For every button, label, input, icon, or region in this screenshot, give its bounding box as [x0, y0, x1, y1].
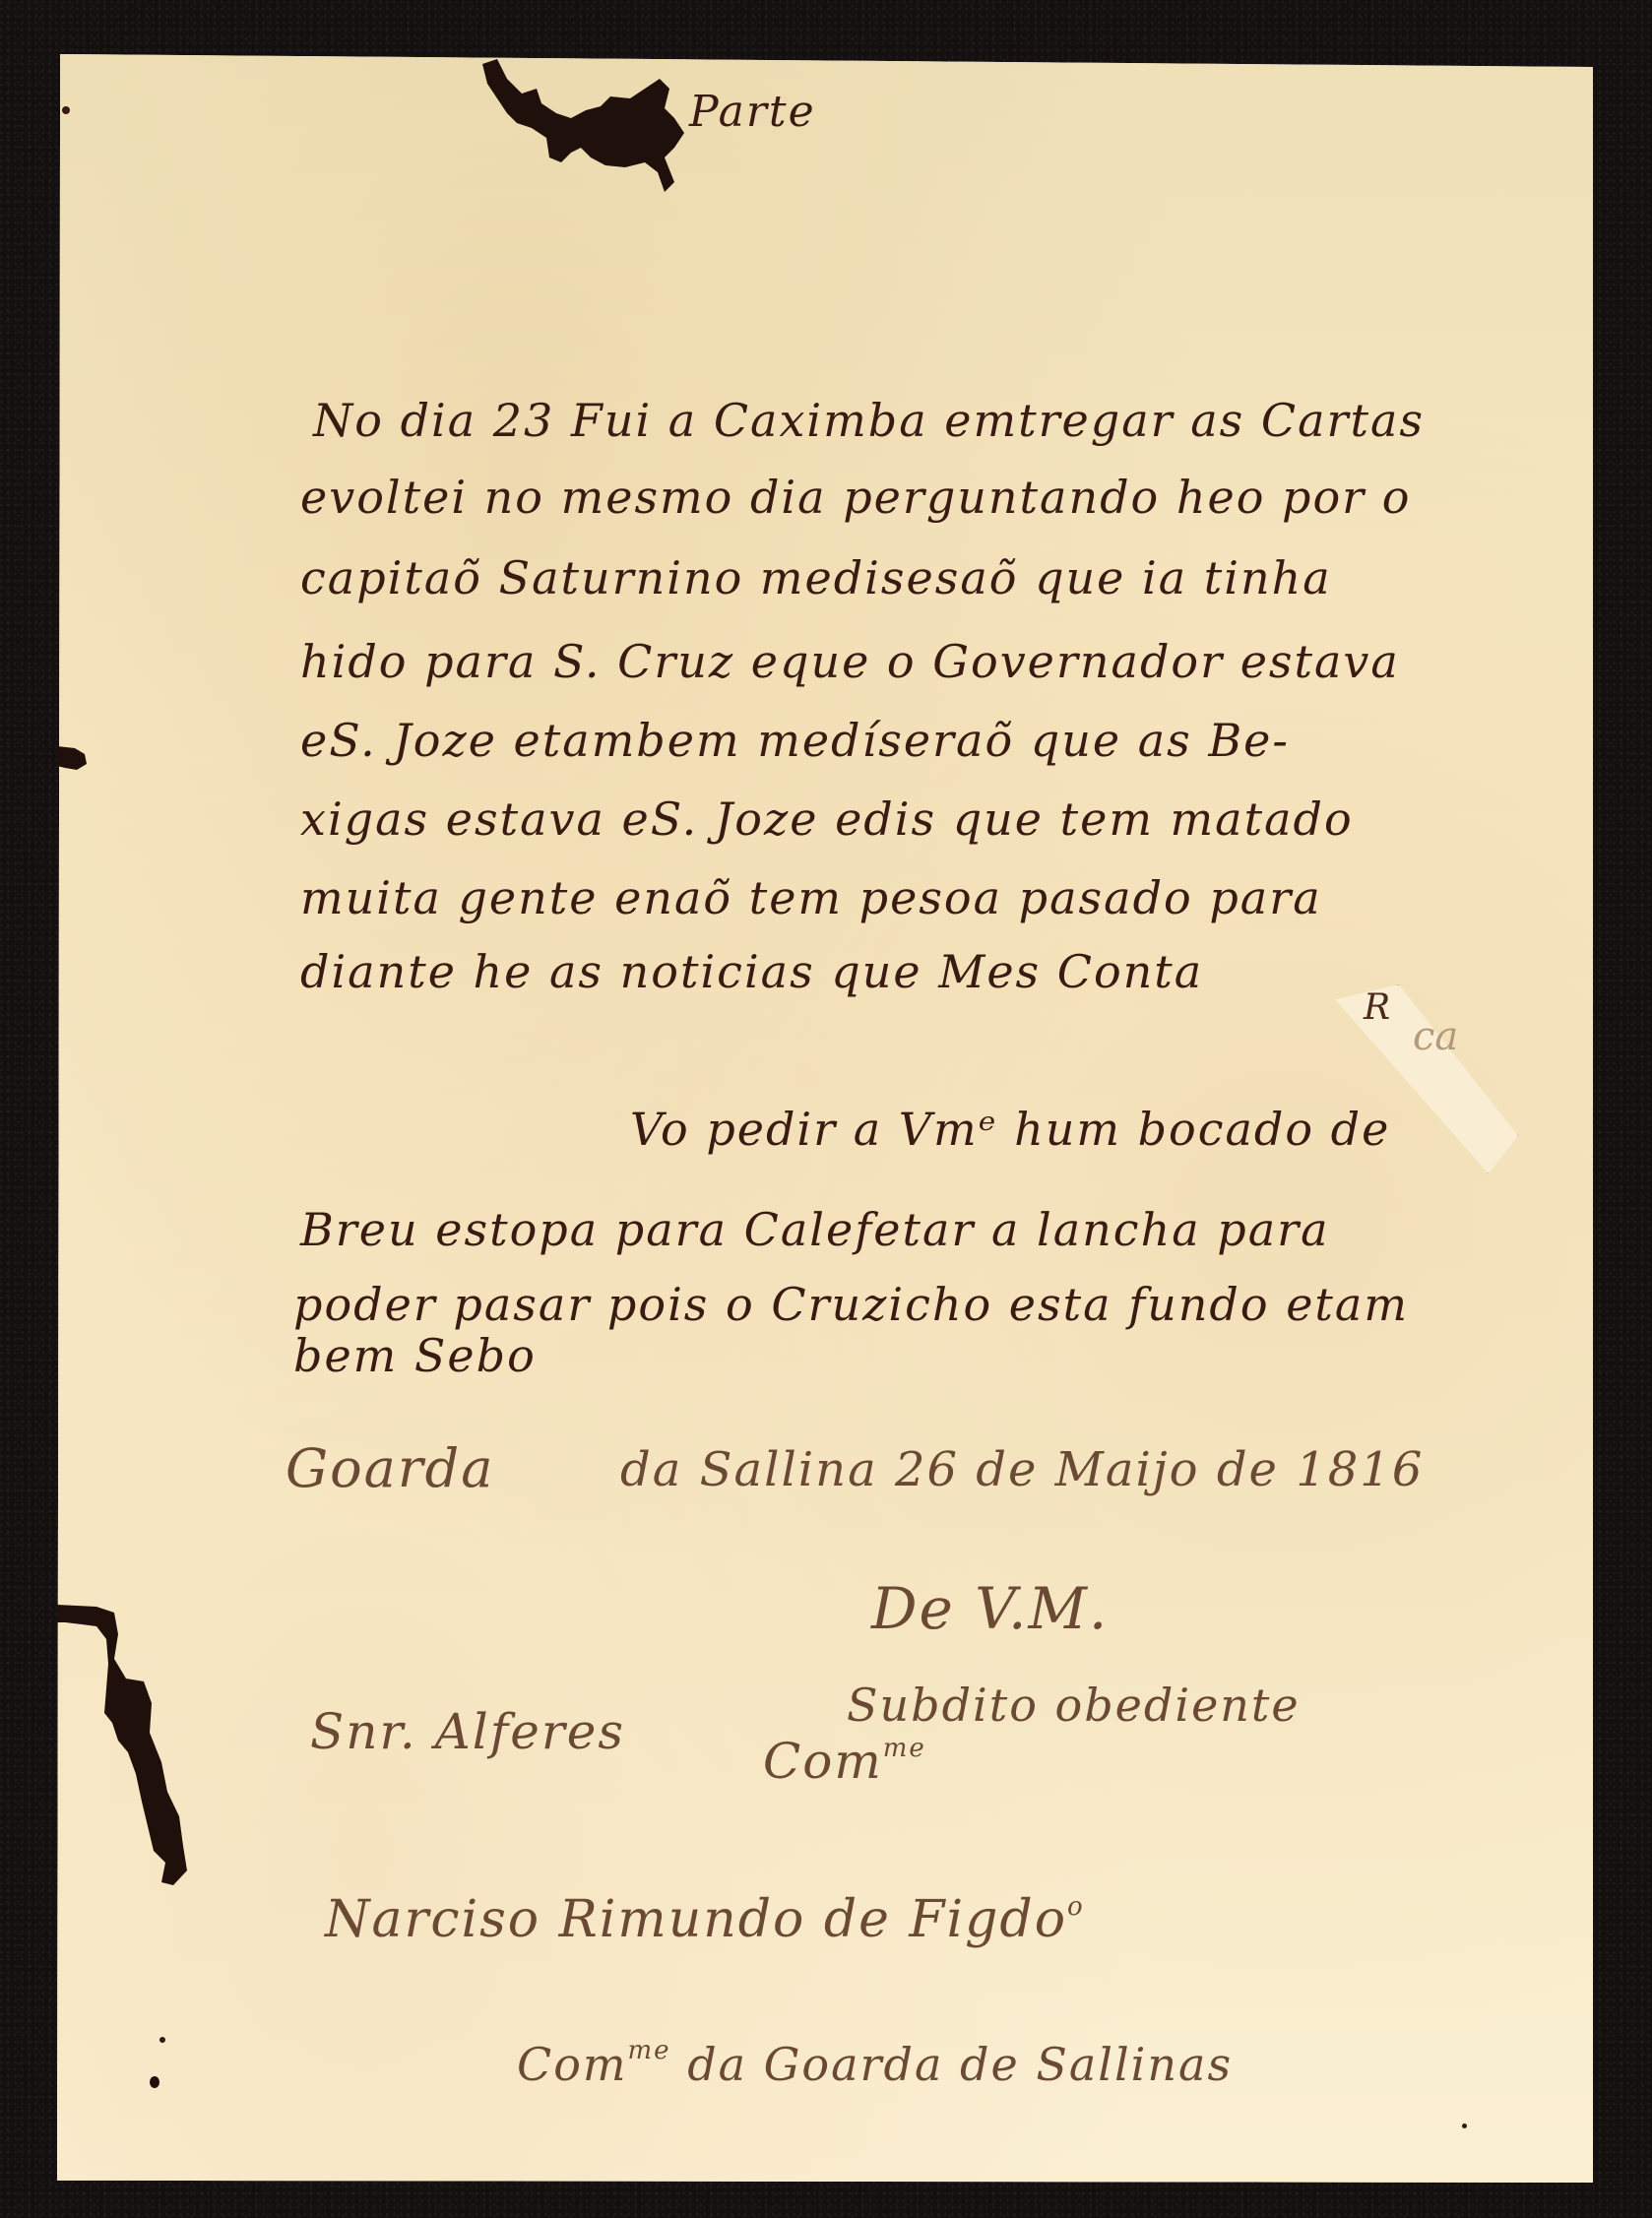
- signature-title-sup: me: [628, 2036, 671, 2065]
- closing-recipient: Snr. Alferes: [310, 1703, 625, 1760]
- signature-title-rest: da Goarda de Sallinas: [687, 2038, 1233, 2091]
- signature-name-sup: o: [1067, 1892, 1085, 1922]
- body-line-2: evoltei no mesmo dia perguntando heo por…: [300, 471, 1411, 524]
- margin-mark-ca: ca: [1413, 1014, 1458, 1059]
- signature-name-text: Narciso Rimundo de Figdo: [325, 1890, 1067, 1949]
- dateline-prefix: Goarda: [286, 1437, 494, 1499]
- letter-heading: Parte: [689, 87, 816, 137]
- request-line-1: Vo pedir a Vmᵉ hum bocado de: [630, 1103, 1390, 1156]
- ink-speck: [62, 106, 70, 114]
- body-line-4: hido para S. Cruz eque o Governador esta…: [300, 635, 1400, 688]
- dateline: da Sallina 26 de Maijo de 1816: [620, 1442, 1424, 1497]
- ink-speck: [150, 2076, 159, 2088]
- ink-speck: [159, 2037, 165, 2043]
- margin-mark-r: R: [1364, 987, 1390, 1028]
- body-line-8: diante he as noticias que Mes Conta: [300, 945, 1203, 998]
- body-line-5: eS. Joze etambem medíseraõ que as Be-: [300, 714, 1290, 767]
- closing-salutation: De V.M.: [871, 1575, 1109, 1642]
- request-line-3: poder pasar pois o Cruzicho esta fundo e…: [293, 1278, 1409, 1331]
- ink-blot-left-icon: [57, 1605, 195, 1900]
- recipient-title-sup: me: [883, 1734, 926, 1763]
- closing-recipient-title: Comme: [763, 1733, 926, 1790]
- ink-blot-edge-icon: [57, 746, 96, 776]
- signature-title: Comme da Goarda de Sallinas: [517, 2038, 1233, 2091]
- closing-subordination: Subdito obediente: [847, 1679, 1301, 1732]
- signature-name: Narciso Rimundo de Figdoo: [325, 1890, 1085, 1949]
- signature-title-text: Com: [517, 2038, 628, 2091]
- body-line-3: capitaõ Saturnino medisesaõ que ia tinha: [300, 551, 1332, 604]
- body-line-7: muita gente enaõ tem pesoa pasado para: [300, 871, 1322, 924]
- ink-speck: [1462, 2123, 1467, 2128]
- recipient-title: Com: [763, 1733, 883, 1790]
- body-line-1: No dia 23 Fui a Caximba emtregar as Cart…: [313, 394, 1425, 447]
- request-line-4: bem Sebo: [293, 1329, 537, 1382]
- body-line-6: xigas estava eS. Joze edis que tem matad…: [300, 792, 1354, 846]
- request-line-2: Breu estopa para Calefetar a lancha para: [300, 1203, 1330, 1256]
